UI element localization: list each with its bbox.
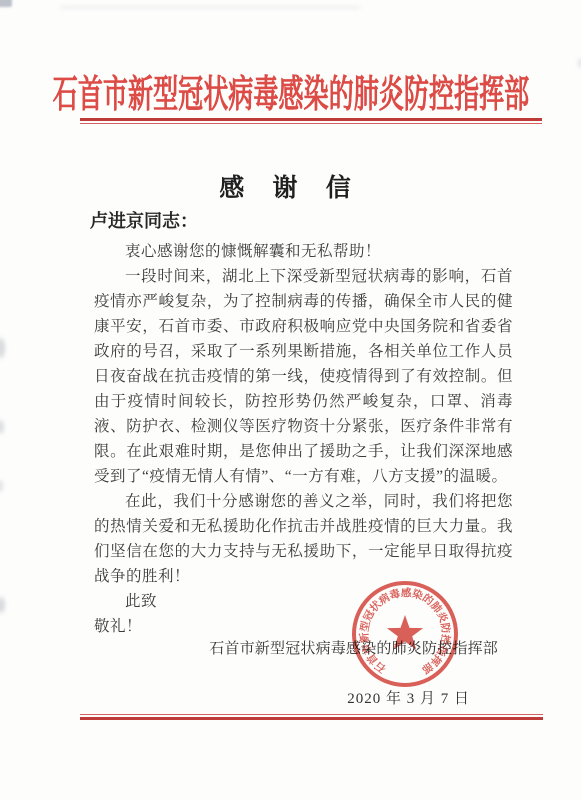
- footer-divider: [80, 714, 543, 720]
- scan-artifact: [0, 0, 12, 7]
- paragraph-situation: 一段时间来，湖北上下深受新型冠状病毒的影响，石首疫情亦严峻复杂，为了控制病毒的传…: [94, 264, 513, 489]
- divider-thick-line: [80, 118, 542, 121]
- scanned-letter-page: 石首市新型冠状病毒感染的肺炎防控指挥部 感 谢 信 卢进京同志： 衷心感谢您的慷…: [0, 0, 581, 800]
- divider-thin-line: [80, 714, 543, 715]
- paragraph-gratitude: 在此，我们十分感谢您的善义之举，同时，我们将把您的热情关爱和无私援助化作抗击并战…: [94, 489, 513, 589]
- divider-thin-line: [80, 123, 542, 124]
- letter-title: 感 谢 信: [0, 168, 581, 204]
- scan-artifact: [0, 597, 5, 613]
- paragraph-thanks: 衷心感谢您的慷慨解囊和无私帮助！: [94, 239, 513, 264]
- star-icon: [387, 615, 423, 649]
- scan-artifact: [0, 338, 5, 358]
- divider-thick-line: [80, 717, 543, 720]
- official-seal: 石首市新型冠状病毒感染的肺炎防控指挥部: [348, 577, 462, 691]
- letterhead-divider: [80, 118, 542, 124]
- scan-artifact: [0, 420, 4, 434]
- scan-artifact: [60, 6, 360, 9]
- letterhead-org-name: 石首市新型冠状病毒感染的肺炎防控指挥部: [52, 63, 529, 118]
- scan-artifact: [0, 480, 3, 492]
- letterhead: 石首市新型冠状病毒感染的肺炎防控指挥部: [0, 63, 581, 118]
- salutation: 卢进京同志：: [90, 207, 198, 233]
